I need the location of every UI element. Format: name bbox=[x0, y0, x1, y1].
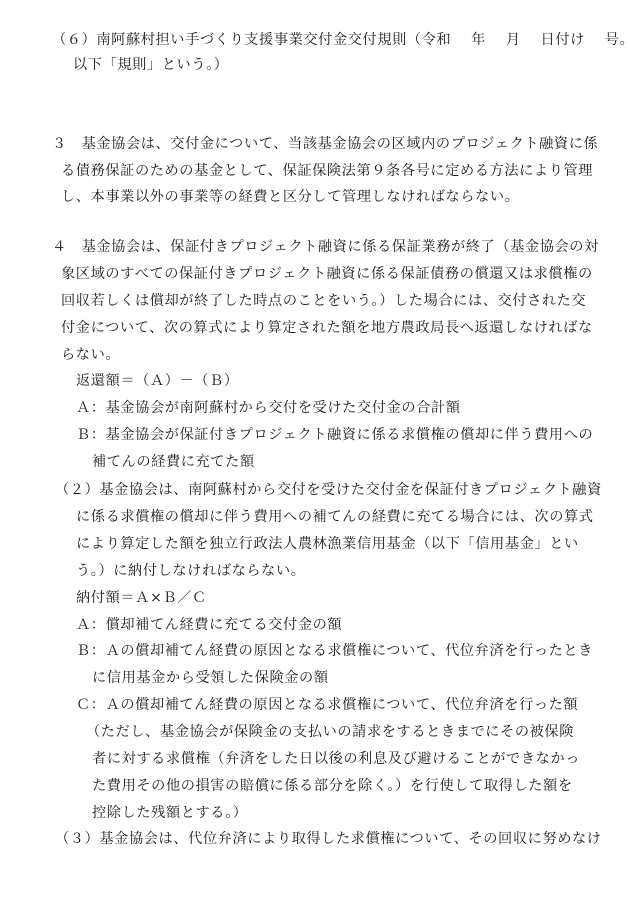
document-text-line: （６）南阿蘇村担い手づくり支援事業交付金交付規則（令和 年 月 日付け 号。 bbox=[52, 31, 630, 49]
document-text-line: Ａ：償却補てん経費に充てる交付金の額 bbox=[76, 616, 342, 634]
document-text-line: （３）基金協会は、代位弁済により取得した求償権について、その回収に努めなけ bbox=[55, 830, 602, 848]
document-text-line: し、本事業以外の事業等の経費と区分して管理しなければならない。 bbox=[61, 188, 519, 206]
document-text-line: Ｃ：Ａの償却補てん経費の原因となる求償権について、代位弁済を行った額 bbox=[76, 696, 578, 714]
document-text-line: 補てんの経費に充てた額 bbox=[92, 453, 255, 471]
document-text-line: Ｂ：基金協会が保証付きプロジェクト融資に係る求償権の償却に伴う費用への bbox=[76, 426, 593, 444]
document-text-line: ３ 基金協会は、交付金について、当該基金協会の区域内のプロジェクト融資に係 bbox=[52, 135, 598, 153]
document-text-line: Ａ：基金協会が南阿蘇村から交付を受けた交付金の合計額 bbox=[76, 399, 460, 417]
document-text-line: （２）基金協会は、南阿蘇村から交付を受けた交付金を保証付きプロジェクト融資 bbox=[55, 481, 602, 499]
document-text-line: 回収若しくは償却が終了した時点のことをいう。）した場合には、交付された交 bbox=[61, 292, 586, 310]
document-text-line: た費用その他の損害の賠償に係る部分を除く。）を行使して取得した額を bbox=[92, 777, 573, 795]
document-text-line: ４ 基金協会は、保証付きプロジェクト融資に係る保証業務が終了（基金協会の対 bbox=[52, 238, 599, 256]
document-text-line: に係る求償権の償却に伴う費用への補てんの経費に充てる場合には、次の算式 bbox=[76, 508, 594, 526]
document-text-line: らない。 bbox=[61, 346, 120, 364]
document-text-line: 納付額＝Ａ×Ｂ／Ｃ bbox=[76, 589, 207, 607]
document-text-line: により算定した額を独立行政法人農林漁業信用基金（以下「信用基金」とい bbox=[76, 535, 579, 553]
document-text-line: 者に対する求償権（弁済をした日以後の利息及び避けることができなかっ bbox=[92, 750, 580, 768]
document-text-line: Ｂ：Ａの償却補てん経費の原因となる求償権について、代位弁済を行ったとき bbox=[76, 642, 593, 660]
document-text-line: 象区域のすべての保証付きプロジェクト融資に係る保証債務の償還又は求償権の bbox=[61, 265, 593, 283]
document-text-line: う。）に納付しなければならない。 bbox=[76, 562, 306, 580]
document-text-line: 控除した残額とする。） bbox=[92, 804, 248, 822]
document-text-line: 以下「規則」という。） bbox=[73, 56, 229, 74]
document-text-line: る債務保証のための基金として、保証保険法第９条各号に定める方法により管理 bbox=[61, 162, 593, 180]
document-text-line: （ただし、基金協会が保険金の支払いの請求をするときまでにその被保険 bbox=[86, 723, 574, 741]
document-text-line: 付金について、次の算式により算定された額を地方農政局長へ返還しなければな bbox=[61, 319, 593, 337]
document-text-line: 返還額＝（Ａ）－（Ｂ） bbox=[76, 372, 239, 390]
document-page: （６）南阿蘇村担い手づくり支援事業交付金交付規則（令和 年 月 日付け 号。以下… bbox=[0, 0, 630, 903]
document-text-line: に信用基金から受領した保険金の額 bbox=[92, 669, 329, 687]
